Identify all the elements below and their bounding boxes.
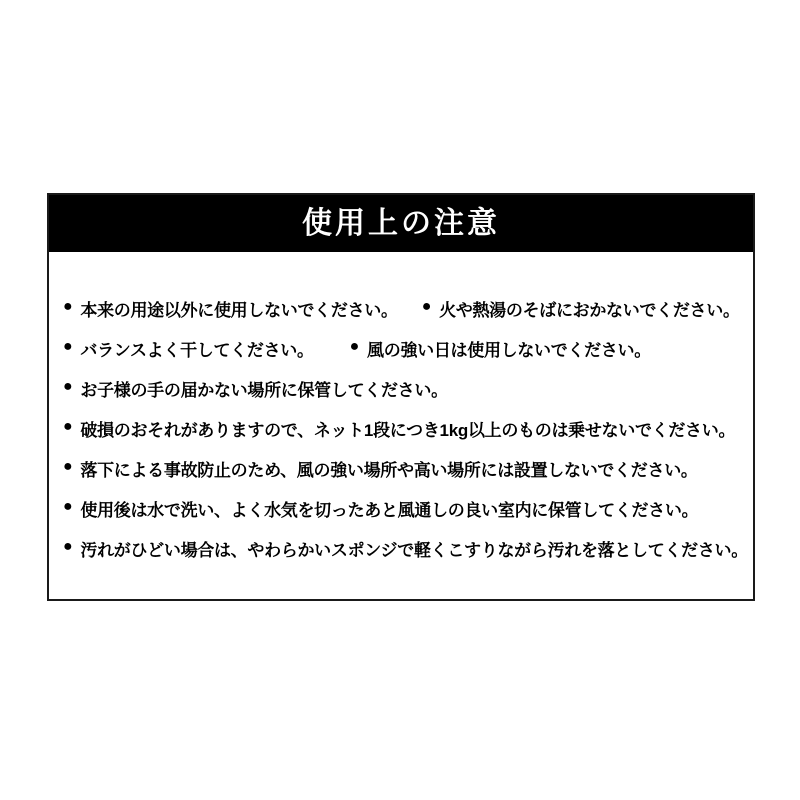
notice-row: ● 汚れがひどい場合は、やわらかいスポンジで軽くこすりながら汚れを落としてくださ… xyxy=(63,528,743,568)
bullet-icon: ● xyxy=(350,339,359,355)
caution-panel: 使用上の注意 ● 本来の用途以外に使用しないでください。 ● 火や熱湯のそばにお… xyxy=(47,193,755,601)
notice-row: ● 破損のおそれがありますので、ネット1段につき1kg以上のものは乗せないでくだ… xyxy=(63,408,743,448)
notice-item: ● 落下による事故防止のため、風の強い場所や高い場所には設置しないでください。 xyxy=(63,456,698,481)
notice-item: ● 本来の用途以外に使用しないでください。 xyxy=(63,296,398,321)
notice-row: ● 落下による事故防止のため、風の強い場所や高い場所には設置しないでください。 xyxy=(63,448,743,488)
notice-row: ● バランスよく干してください。 ● 風の強い日は使用しないでください。 xyxy=(63,328,743,368)
notice-row: ● 使用後は水で洗い、よく水気を切ったあと風通しの良い室内に保管してください。 xyxy=(63,488,743,528)
panel-title: 使用上の注意 xyxy=(302,209,500,239)
notice-row: ● お子様の手の届かない場所に保管してください。 xyxy=(63,368,743,408)
notice-item: ● 汚れがひどい場合は、やわらかいスポンジで軽くこすりながら汚れを落としてくださ… xyxy=(63,536,748,561)
page-background: 使用上の注意 ● 本来の用途以外に使用しないでください。 ● 火や熱湯のそばにお… xyxy=(0,0,800,800)
bullet-icon: ● xyxy=(63,299,72,315)
notice-item: ● 火や熱湯のそばにおかないでください。 xyxy=(422,296,740,321)
bullet-icon: ● xyxy=(63,339,72,355)
notice-item: ● 使用後は水で洗い、よく水気を切ったあと風通しの良い室内に保管してください。 xyxy=(63,496,698,521)
notice-text: お子様の手の届かない場所に保管してください。 xyxy=(80,376,447,401)
bullet-icon: ● xyxy=(63,539,72,555)
notice-text: 落下による事故防止のため、風の強い場所や高い場所には設置しないでください。 xyxy=(80,456,697,481)
caution-panel-body: ● 本来の用途以外に使用しないでください。 ● 火や熱湯のそばにおかないでくださ… xyxy=(49,252,753,568)
notice-text: 本来の用途以外に使用しないでください。 xyxy=(80,296,397,321)
notice-text: 使用後は水で洗い、よく水気を切ったあと風通しの良い室内に保管してください。 xyxy=(80,496,698,521)
bullet-icon: ● xyxy=(63,419,72,435)
notice-text: 破損のおそれがありますので、ネット1段につき1kg以上のものは乗せないでください… xyxy=(80,416,735,441)
notice-item: ● お子様の手の届かない場所に保管してください。 xyxy=(63,376,448,401)
bullet-icon: ● xyxy=(63,499,72,515)
caution-panel-header: 使用上の注意 xyxy=(49,195,753,252)
notice-text: 風の強い日は使用しないでください。 xyxy=(367,336,651,361)
notice-item: ● 風の強い日は使用しないでください。 xyxy=(350,336,651,361)
bullet-icon: ● xyxy=(422,299,431,315)
notice-row: ● 本来の用途以外に使用しないでください。 ● 火や熱湯のそばにおかないでくださ… xyxy=(63,288,743,328)
bullet-icon: ● xyxy=(63,459,72,475)
notice-text: バランスよく干してください。 xyxy=(80,336,313,361)
notice-text: 汚れがひどい場合は、やわらかいスポンジで軽くこすりながら汚れを落としてください。 xyxy=(80,536,748,561)
notice-item: ● 破損のおそれがありますので、ネット1段につき1kg以上のものは乗せないでくだ… xyxy=(63,416,735,441)
notice-text: 火や熱湯のそばにおかないでください。 xyxy=(439,296,740,321)
notice-item: ● バランスよく干してください。 xyxy=(63,336,314,361)
bullet-icon: ● xyxy=(63,379,72,395)
